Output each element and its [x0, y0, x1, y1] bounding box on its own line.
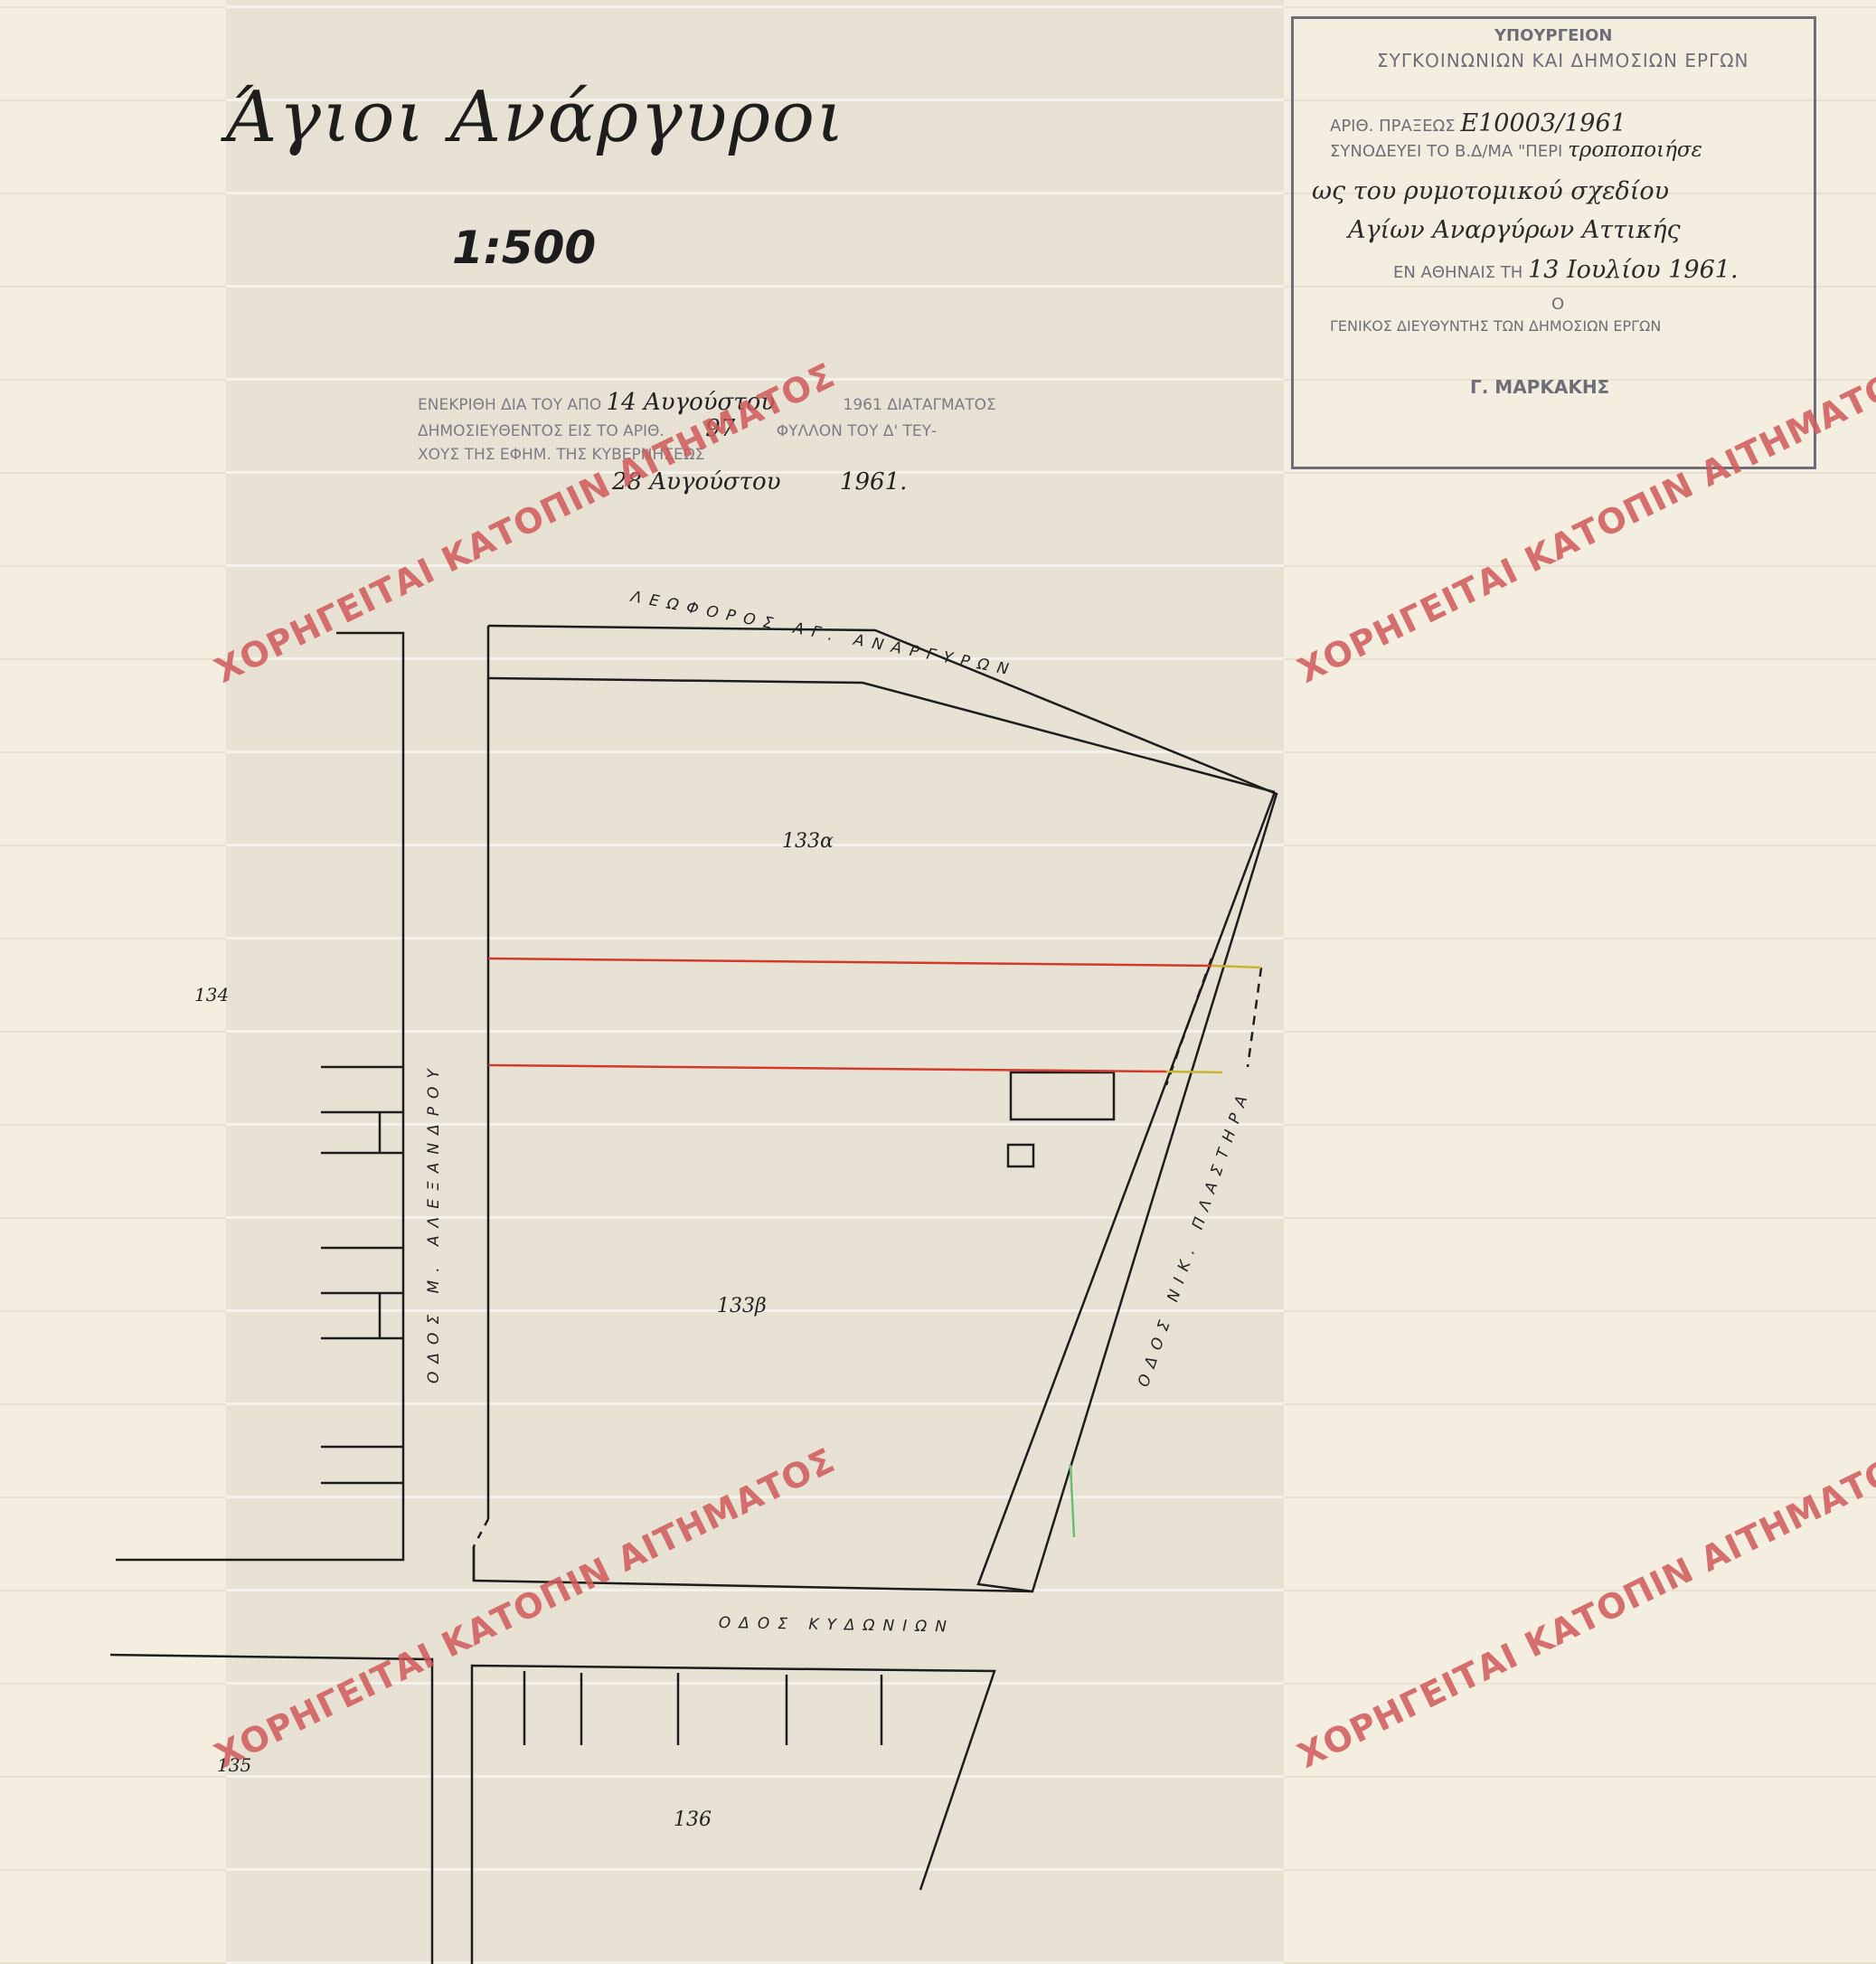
site-plan-drawing — [0, 0, 1876, 1964]
block-label-134: 134 — [194, 984, 229, 1006]
block-label-133b: 133β — [717, 1295, 767, 1317]
existing-building-2 — [1008, 1145, 1033, 1166]
block-136-boundary — [472, 1666, 995, 1964]
green-mark — [1070, 1465, 1074, 1537]
dashed-edge-west — [474, 1519, 488, 1546]
red-line-upper — [488, 958, 1211, 966]
block-135-boundary — [110, 1655, 432, 1964]
street-label-west: ΟΔΟΣ Μ. ΑΛΕΞΑΝΔΡΟΥ — [425, 1061, 443, 1383]
dashed-edge-east — [1166, 958, 1211, 1085]
existing-building-1 — [1011, 1072, 1114, 1119]
block-136-building-ticks — [524, 1671, 881, 1745]
block-label-136: 136 — [674, 1808, 712, 1831]
block-label-133a: 133α — [782, 830, 834, 853]
yellow-line-lower — [1166, 1072, 1222, 1072]
building-line-north — [488, 678, 1275, 792]
block-134-building-ticks — [321, 1067, 403, 1483]
dashed-edge-east-2 — [1248, 968, 1261, 1067]
building-line-east — [978, 792, 1275, 1591]
yellow-line-upper — [1211, 966, 1261, 968]
block-134-boundary — [116, 633, 403, 1560]
red-line-lower — [488, 1065, 1166, 1072]
